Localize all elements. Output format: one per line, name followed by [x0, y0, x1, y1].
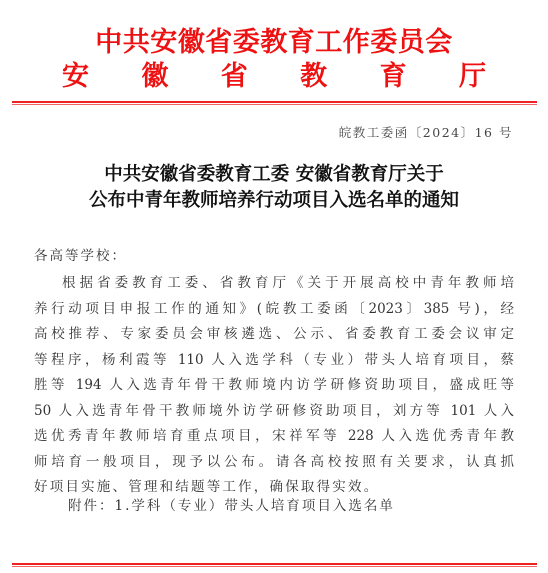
body-line: 选优秀青年教师培育重点项目，宋祥军等 228 人入选优秀青年教 — [34, 424, 514, 450]
document-number: 皖教工委函〔2024〕16 号 — [339, 123, 513, 141]
org-char: 厅 — [459, 62, 486, 92]
divider-thick-line — [12, 101, 537, 103]
attachment-label: 附件：1.学科（专业）带头人培育项目入选名单 — [68, 494, 395, 514]
footer-divider — [12, 563, 537, 568]
divider-thick-line — [12, 563, 537, 565]
body-line: 50 人入选青年骨干教师境外访学研修资助项目，刘方等 101 人入 — [34, 399, 514, 425]
org-char: 省 — [221, 62, 248, 92]
body-line: 师培育一般项目，现予以公布。请各高校按照有关要求，认真抓 — [34, 450, 514, 476]
body-line: 高校推荐、专家委员会审核遴选、公示、省委教育工委会议审定 — [34, 322, 514, 348]
salutation: 各高等学校： — [34, 244, 127, 264]
body-line: 胜等 194 人入选青年骨干教师境内访学研修资助项目，盛成旺等 — [34, 373, 514, 399]
divider-thin-line — [12, 104, 537, 105]
org-char: 安 — [62, 62, 89, 92]
issuing-organization-line2: 安 徽 省 教 育 厅 — [62, 62, 486, 92]
divider-thin-line — [12, 566, 537, 567]
issuing-organization-line1: 中共安徽省委教育工作委员会 — [0, 28, 548, 58]
body-paragraph: 根据省委教育工委、省教育厅《关于开展高校中青年教师培 养行动项目申报工作的通知》… — [34, 271, 514, 501]
body-line: 根据省委教育工委、省教育厅《关于开展高校中青年教师培 — [34, 271, 514, 297]
header-divider — [12, 101, 537, 106]
org-char: 徽 — [141, 62, 168, 92]
org-char: 育 — [380, 62, 407, 92]
document-title-line2: 公布中青年教师培养行动项目入选名单的通知 — [0, 190, 548, 212]
org-char: 教 — [300, 62, 327, 92]
body-line: 等程序，杨利霞等 110 人入选学科（专业）带头人培育项目，蔡 — [34, 348, 514, 374]
document-title-line1: 中共安徽省委教育工委 安徽省教育厅关于 — [0, 164, 548, 186]
body-line: 养行动项目申报工作的通知》(皖教工委函〔2023〕385 号)，经 — [34, 297, 514, 323]
